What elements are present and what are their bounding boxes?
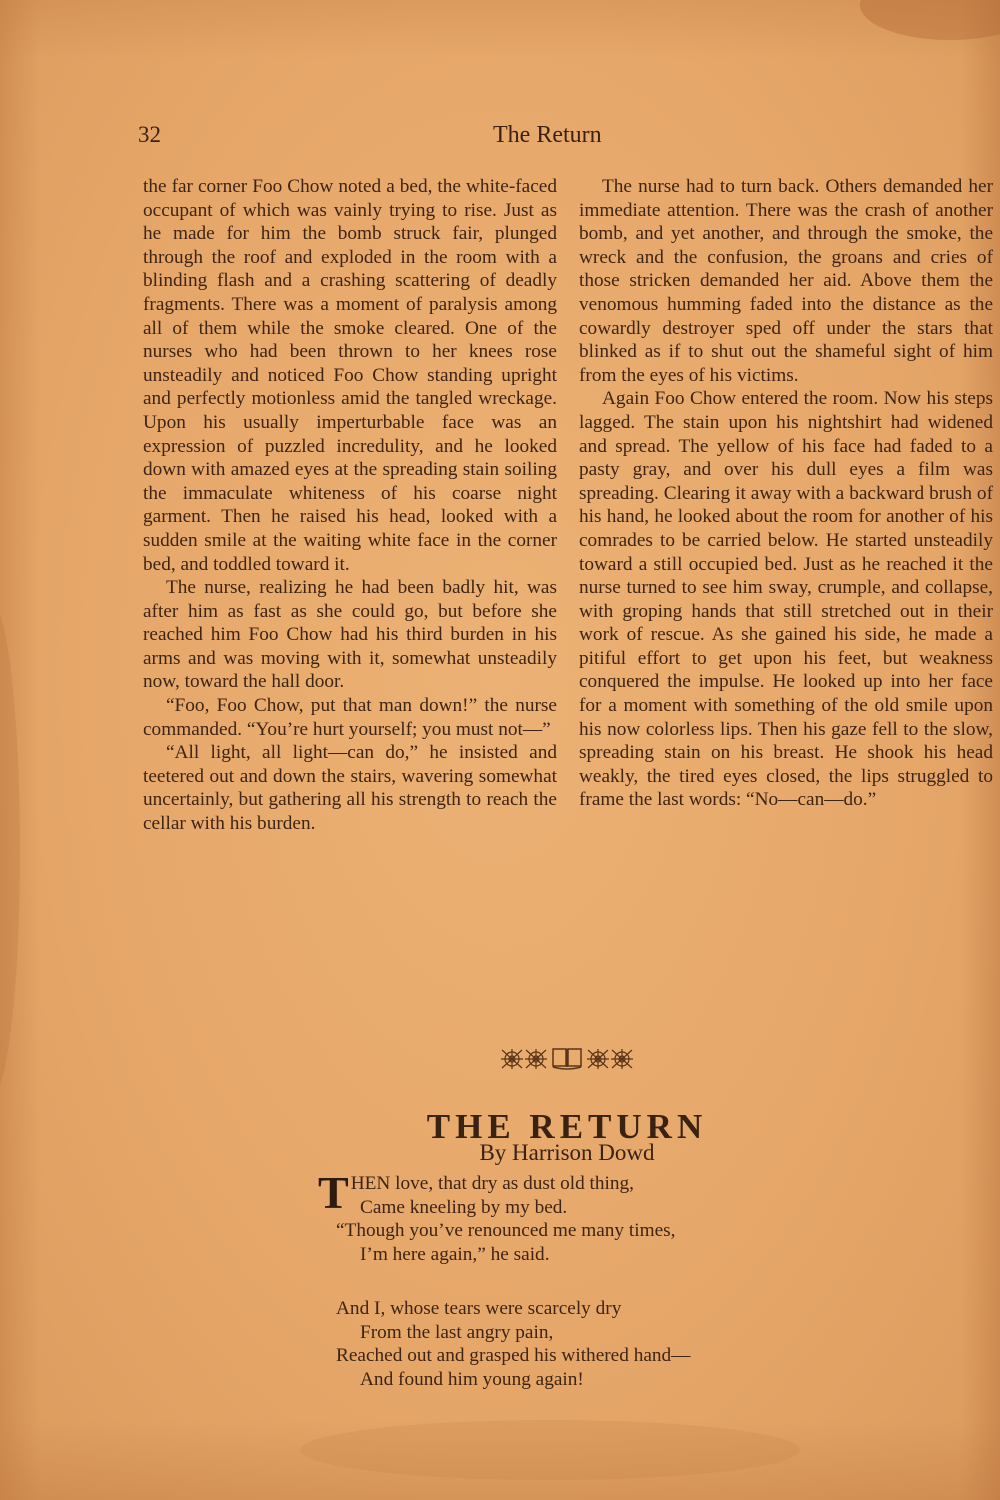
paragraph: The nurse had to turn back. Others deman… bbox=[579, 175, 993, 387]
poem-body: THEN love, that dry as dust old thing, C… bbox=[336, 1172, 856, 1414]
poem-line: I’m here again,” he said. bbox=[336, 1243, 856, 1267]
poem-line: Came kneeling by my bed. bbox=[336, 1196, 856, 1220]
poem-line: Reached out and grasped his withered han… bbox=[336, 1344, 856, 1368]
paragraph: “All light, all light—can do,” he insist… bbox=[143, 741, 557, 835]
drop-cap: T bbox=[318, 1174, 349, 1212]
decorative-ornament-icon bbox=[498, 1046, 636, 1072]
page-number: 32 bbox=[138, 122, 161, 148]
story-column-left: the far corner Foo Chow noted a bed, the… bbox=[143, 175, 557, 836]
page-header: 32 The Return bbox=[138, 122, 993, 154]
paper-stain bbox=[0, 600, 20, 1100]
paragraph: “Foo, Foo Chow, put that man down!” the … bbox=[143, 694, 557, 741]
poem-author: By Harrison Dowd bbox=[0, 1140, 1000, 1166]
poem-line: And I, whose tears were scarcely dry bbox=[336, 1297, 856, 1321]
story-column-right: The nurse had to turn back. Others deman… bbox=[579, 175, 993, 812]
poem-stanza: And I, whose tears were scarcely dry Fro… bbox=[336, 1297, 856, 1391]
poem-line: And found him young again! bbox=[336, 1368, 856, 1392]
poem-stanza: THEN love, that dry as dust old thing, C… bbox=[336, 1172, 856, 1266]
poem-line: From the last angry pain, bbox=[336, 1321, 856, 1345]
poem-line: THEN love, that dry as dust old thing, bbox=[336, 1172, 856, 1196]
paragraph: Again Foo Chow entered the room. Now his… bbox=[579, 387, 993, 812]
paragraph: The nurse, realizing he had been badly h… bbox=[143, 576, 557, 694]
poem-line: “Though you’ve renounced me many times, bbox=[336, 1219, 856, 1243]
paper-stain bbox=[860, 0, 1000, 40]
paper-stain bbox=[300, 1420, 800, 1480]
running-title: The Return bbox=[493, 122, 602, 149]
paragraph: the far corner Foo Chow noted a bed, the… bbox=[143, 175, 557, 576]
